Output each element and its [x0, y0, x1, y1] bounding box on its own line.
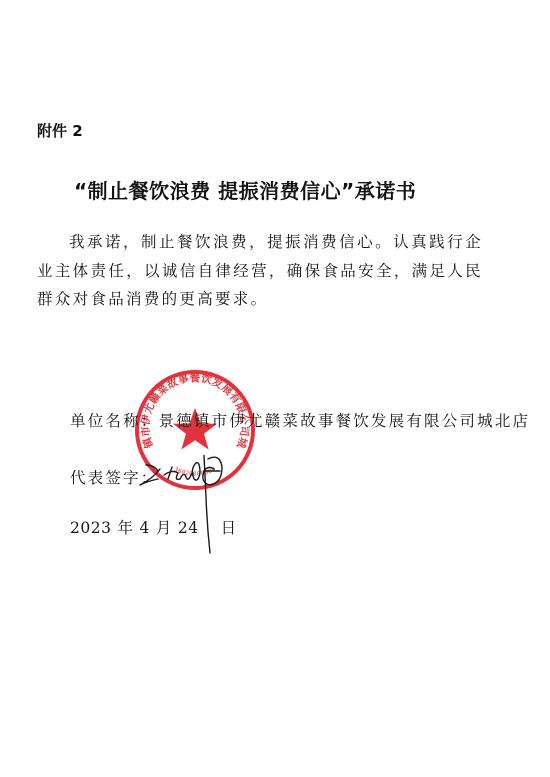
- date-line: 2023年4月24日: [70, 516, 243, 538]
- date-year: 2023: [70, 519, 111, 537]
- date-day-unit: 日: [221, 519, 237, 537]
- date-year-unit: 年: [117, 519, 133, 537]
- pledge-body-text: 我承诺，制止餐饮浪费，提振消费信心。认真践行企业主体责任，以诚信自律经营，确保食…: [37, 228, 483, 314]
- date-day: 24: [178, 519, 199, 537]
- representative-signature-line: 代表签字：: [70, 466, 159, 488]
- document-title: “制止餐饮浪费 提振消费信心”承诺书: [74, 175, 416, 204]
- unit-name-value: 景德镇市伊尤赣菜故事餐饮发展有限公司城北店: [159, 412, 531, 430]
- date-month-unit: 月: [156, 519, 172, 537]
- svg-text:36020000000: 36020000000: [173, 466, 217, 478]
- unit-name-line: 单位名称：景德镇市伊尤赣菜故事餐饮发展有限公司城北店: [70, 409, 530, 431]
- attachment-label: 附件 2: [37, 120, 83, 141]
- date-month: 4: [139, 519, 149, 537]
- seal-number-text: 36020000000: [173, 466, 217, 478]
- unit-name-label: 单位名称：: [70, 412, 159, 430]
- signature-label: 代表签字：: [70, 469, 159, 487]
